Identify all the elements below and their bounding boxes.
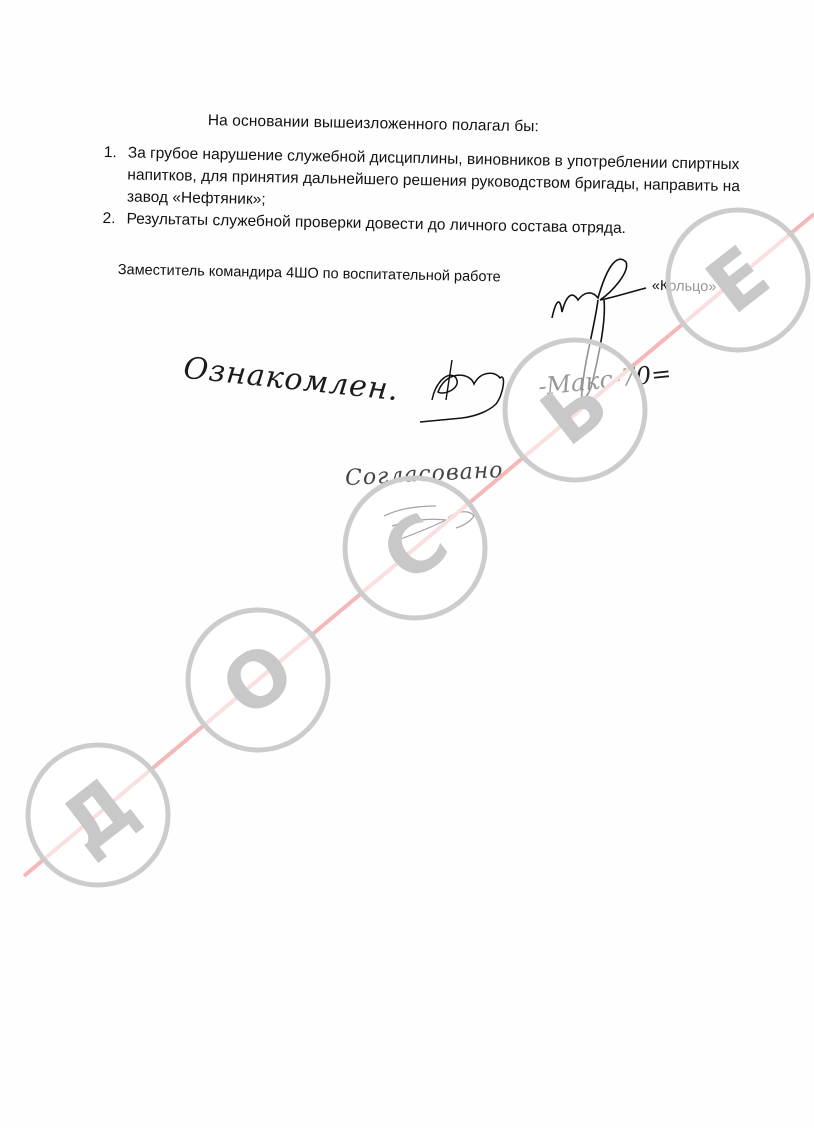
list-item-number: 2.: [102, 208, 126, 230]
signature-scribble: [384, 506, 474, 540]
watermark-letter: С: [365, 495, 464, 599]
handwritten-acknowledged: Ознакомлен.: [182, 351, 401, 408]
signer-callsign: «Кольцо»: [652, 278, 717, 295]
list-item-text: За грубое нарушение служебной дисциплины…: [127, 142, 744, 220]
signature-scribble: [552, 259, 646, 318]
watermark-circle: [188, 610, 328, 750]
list-item: 1. За грубое нарушение служебной дисципл…: [103, 142, 744, 220]
signer-title: Заместитель командира 4ШО по воспитатель…: [118, 262, 501, 285]
watermark-circle: [28, 745, 168, 885]
document-page: На основании вышеизложенного полагал бы:…: [0, 0, 814, 1128]
list-item-number: 1.: [103, 142, 128, 208]
watermark-circle: [505, 340, 645, 480]
watermark-letter: О: [205, 625, 311, 735]
document-heading: На основании вышеизложенного полагал бы:: [208, 112, 539, 136]
handwritten-agreed: Согласовано: [344, 458, 504, 491]
signature-scribble: [420, 373, 503, 422]
watermark-letter: Д: [44, 759, 152, 871]
watermark-circle: [345, 478, 485, 618]
watermark-line: [24, 214, 814, 876]
handwritten-callsign: -Макс-70=: [537, 359, 673, 401]
recommendation-list: 1. За грубое нарушение служебной дисципл…: [102, 142, 744, 242]
